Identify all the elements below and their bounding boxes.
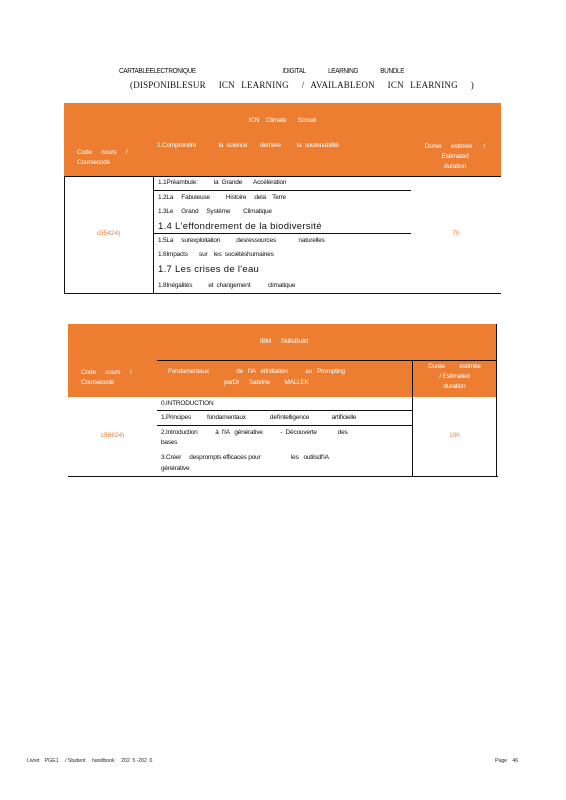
table1-border	[64, 293, 501, 294]
table1-item: 1.5La surexploitation desressources natu…	[158, 237, 325, 244]
table1-item: 1.1Préambule: la Grande Accélération	[158, 179, 286, 186]
table2-border	[68, 476, 498, 477]
footer-handbook: Livret PGE1 / Student handbook 202 5 -20…	[27, 758, 152, 764]
title-part: BUNDLE	[380, 68, 404, 75]
table1-item: 1.7 Les crises de l'eau	[158, 264, 259, 275]
table1-border	[153, 176, 154, 294]
table1-course-code: c55424)	[64, 230, 153, 237]
table1-item: 1.3Le Grand Système Climatique	[158, 208, 272, 215]
table2-item: 2.Introduction à l'IA générative - Décou…	[161, 428, 348, 448]
table1-item: 1.8Inégalités et changement climatique	[158, 282, 295, 289]
table1-row-divider	[153, 190, 411, 191]
table1-col-code: Code cours / Coursecode	[77, 148, 128, 168]
table1-item: 1.2La Fabuleuse Histoire dela Terre	[158, 194, 286, 201]
table2-col-code: Code cours / Coursecode	[81, 368, 132, 388]
table2-item: 1.Principes fondamentaux del'intelligenc…	[161, 414, 356, 421]
table2-col-course: Fondamentaux de l'IA etInitiation au Pro…	[168, 368, 345, 375]
title-part: CARTABLEELECTRONIQUE	[119, 68, 196, 75]
table2-program-title: IBM SkillsBuild	[157, 338, 411, 345]
table2-col-duration: Durée estimée / Estimated duration	[413, 362, 496, 392]
table2-course-code: c58624)	[68, 432, 157, 439]
table1-col-duration: Durée estimée / Estimated duration	[410, 142, 500, 172]
title-part: /DIGITAL	[282, 68, 305, 75]
document-title: CARTABLEELECTRONIQUE /DIGITAL LEARNING B…	[119, 68, 404, 75]
table2-border	[496, 324, 497, 477]
page-number: Page 46	[495, 758, 518, 764]
table2-col-course-author: parDr Sabrine MALLEK	[224, 379, 309, 386]
document-subtitle: (DISPONIBLESUR ICN LEARNING / AVAILABLEO…	[130, 80, 474, 90]
table1-border	[64, 176, 501, 177]
table2-duration: 10h	[413, 432, 496, 439]
table1-duration: 7h	[411, 230, 501, 237]
table1-item: 1.6Impacts sur les sociétéshumaines	[158, 251, 274, 258]
title-part: LEARNING	[328, 68, 358, 75]
table1-row-divider	[153, 233, 411, 234]
table2-row-divider	[157, 425, 413, 426]
table2-item: 0.INTRODUCTION	[161, 400, 213, 407]
table1-col-course: 1.Comprendre la science derrière la sout…	[157, 142, 339, 149]
table2-item: 3.Créer desprompts efficaces pour les ou…	[161, 452, 329, 474]
table2-row-divider	[157, 410, 413, 411]
table1-program-title: ICN Climate School	[64, 117, 501, 124]
table1-item: 1.4 L'effondrement de la biodiversité	[158, 221, 322, 232]
